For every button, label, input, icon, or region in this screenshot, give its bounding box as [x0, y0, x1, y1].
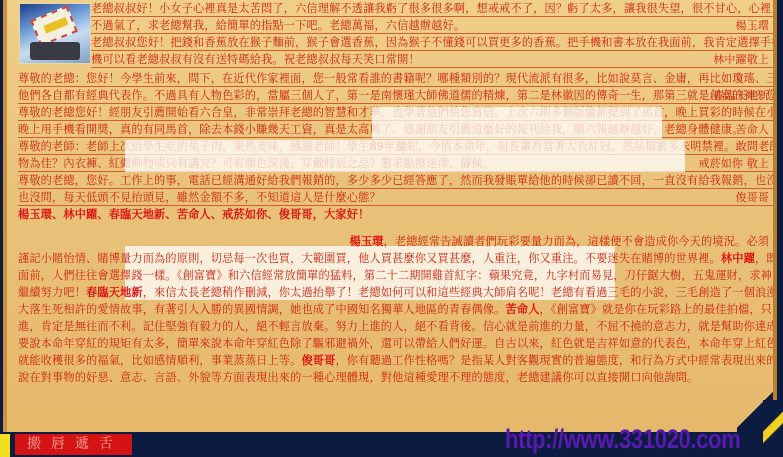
- reply-greeting: 楊玉環、林中躍、春臨天地新、苦命人、戒菸如你、俊哥哥，大家好！: [18, 208, 775, 223]
- letter-4-signature: 苦命人: [736, 123, 769, 137]
- reply-line: 謹記小賭怡情、賭博量力而為的原則，切忌每一次也買，大範圍買，他人買甚麼你又買甚麼…: [18, 252, 775, 267]
- footer-accent: [0, 434, 10, 457]
- reply-text: ，你有聽過工作性格嗎？是指某人對客觀現實的普遍態度，和行為方式中經常表現出來的普…: [335, 354, 775, 367]
- reply-text: 就能收穫很多的福氣，比如感情順利，事業蒸蒸日上等。: [18, 354, 301, 367]
- reply-line: 繼續努力吧！春臨天地新，來信太長老總稍作刪減，你太過抬舉了！老總如何可以和這些經…: [18, 286, 775, 301]
- letter-6-line-1: 尊敬的老總，您好。工作上的事，電話已經溝通好給我們報銷的，多少多少已經答應了，然…: [18, 174, 775, 189]
- corner-decoration: [763, 400, 783, 457]
- reply-addressee: 俊哥哥: [301, 354, 335, 367]
- letter-2-signature: 林中躍敬上: [713, 53, 769, 67]
- reply-text: 說在對事物的好惡、意志、言語、外貌等方面表現出來的一種心理體現，對他這種愛理不理…: [18, 371, 698, 384]
- reply-addressee: 楊玉環: [350, 235, 384, 248]
- reply-line: 面前，人們往往會選擇錢一樣。《創富寶》和六信經常放簡單的猛料，第二十二期開雞首紅…: [18, 269, 775, 284]
- letter-5-signature: 戒菸如你 敬上: [698, 157, 769, 171]
- reply-text: ，既知把錢和健康放在人: [755, 252, 775, 265]
- reply-text: 繼續努力吧！: [18, 286, 86, 299]
- letter-illustration: [19, 3, 91, 64]
- letter-6-line-2: 也沒問，每天低頭不見抬頭見，雖然金額不多，不知道這人是什麼心態？ 俊哥哥: [18, 191, 775, 206]
- reply-line: 楊玉環，老總經常告誡讀者們玩彩要量力而為，這樣便不會造成你今天的境況。必須: [18, 235, 775, 250]
- letter-3-signature: 春臨天地新: [713, 89, 769, 103]
- letter-1-line-2-text: 不過氣了，求老總幫我，給簡單的指點一下吧。老總萬福，六信越辦越好。: [91, 19, 465, 32]
- reply-text: ，《創富寶》就是你在玩彩路上的最佳拍檔，只要跟著我們的方向前: [540, 303, 775, 316]
- envelope-icon: [30, 6, 78, 47]
- reply-text: ，來信太長老總稍作刪減，你太過抬舉了！老總如何可以和這些經典大師肩名呢！老總有看…: [143, 286, 775, 299]
- letter-1-line-2: 不過氣了，求老總幫我，給簡單的指點一下吧。老總萬福，六信越辦越好。 楊玉環: [91, 19, 775, 34]
- reply-addressee: 春臨天地新: [86, 286, 143, 299]
- letter-3-line-2-text: 他們各自都有經典代表作。不過具有人物色彩的，當屬三個人了，第一是南懷瑾大師佛道儒…: [18, 89, 775, 102]
- footer-tab[interactable]: 搬唇遞舌: [15, 434, 132, 455]
- letter-paper: 老總叔叔好！小女子心裡真是太苦悶了，六信理解不透讓我虧了很多很多啊，想戒戒不了，…: [3, 0, 777, 432]
- reply-addressee: 苦命人: [506, 303, 540, 316]
- reply-text: 進，肯定是無往而不利。記住堅強有毅力的人，絕不輕言放棄。努力上進的人，絕不看背後…: [18, 320, 775, 333]
- reply-addressee: 林中躍: [721, 252, 755, 265]
- letter-1-signature: 楊玉環: [736, 19, 769, 33]
- reply-line: 進，肯定是無往而不利。記住堅強有毅力的人，絕不輕言放棄。努力上進的人，絕不看背後…: [18, 320, 775, 335]
- laptop-icon: [30, 42, 80, 60]
- letter-3-line-2: 他們各自都有經典代表作。不過具有人物色彩的，當屬三個人了，第一是南懷瑾大師佛道儒…: [18, 89, 775, 104]
- reply-line: 要說本命年穿紅的規矩有太多，簡單來說本命年穿紅色除了驅邪避禍外，還可以帶給人們好…: [18, 337, 775, 352]
- reply-text: 面前，人們往往會選擇錢一樣。《創富寶》和六信經常放簡單的猛料，第二十二期開雞首紅…: [18, 269, 775, 282]
- reply-line: 大落生死相許的愛情故事，有著引人入勝的異國情調，她也成了中國知名獨華人地區的青春…: [18, 303, 775, 318]
- letter-6-line-2-text: 也沒問，每天低頭不見抬頭見，雖然金額不多，不知道這人是什麼心態？: [18, 191, 381, 204]
- faded-overlay: [311, 140, 685, 172]
- faded-overlay: [372, 107, 662, 139]
- reply-text: 謹記小賭怡情、賭博量力而為的原則，切忌每一次也買，大範圍買，他人買甚麼你又買甚麼…: [18, 252, 721, 265]
- letter-1-line-1: 老總叔叔好！小女子心裡真是太苦悶了，六信理解不透讓我虧了很多很多啊，想戒戒不了，…: [91, 2, 775, 17]
- reply-line: 就能收穫很多的福氣，比如感情順利，事業蒸蒸日上等。俊哥哥，你有聽過工作性格嗎？是…: [18, 354, 775, 369]
- reply-text: ，老總經常告誡讀者們玩彩要量力而為，這樣便不會造成你今天的境況。必須: [384, 235, 769, 248]
- reply-text: 要說本命年穿紅的規矩有太多，簡單來說本命年穿紅色除了驅邪避禍外，還可以帶給人們好…: [18, 337, 775, 350]
- page: 老總叔叔好！小女子心裡真是太苦悶了，六信理解不透讓我虧了很多很多啊，想戒戒不了，…: [0, 0, 783, 457]
- letter-2-line-2-text: 機可以看老總叔叔有沒有送特碼給我。祝老總叔叔每天笑口常開！: [91, 53, 420, 66]
- letter-3-line-1: 尊敬的老總：您好！今學生前來，問下，在近代作家裡面，您一般常看誰的書籍呢？哪種類…: [18, 72, 775, 87]
- letter-2-line-1: 老總叔叔您好！把錢和香蕉放在猴子麵前，猴子會選香蕉，因為猴子不懂錢可以買更多的香…: [91, 36, 775, 51]
- reply-line: 說在對事物的好惡、意志、言語、外貌等方面表現出來的一種心理體現，對他這種愛理不理…: [18, 371, 775, 386]
- letter-6-signature: 俊哥哥: [736, 191, 769, 205]
- letter-2-line-2: 機可以看老總叔叔有沒有送特碼給我。祝老總叔叔每天笑口常開！ 林中躍敬上: [91, 53, 775, 68]
- site-url-link[interactable]: http://www.331020.com: [505, 424, 740, 455]
- reply-text: 大落生死相許的愛情故事，有著引人入勝的異國情調，她也成了中國知名獨華人地區的青春…: [18, 303, 506, 316]
- faded-overlay: [125, 140, 311, 172]
